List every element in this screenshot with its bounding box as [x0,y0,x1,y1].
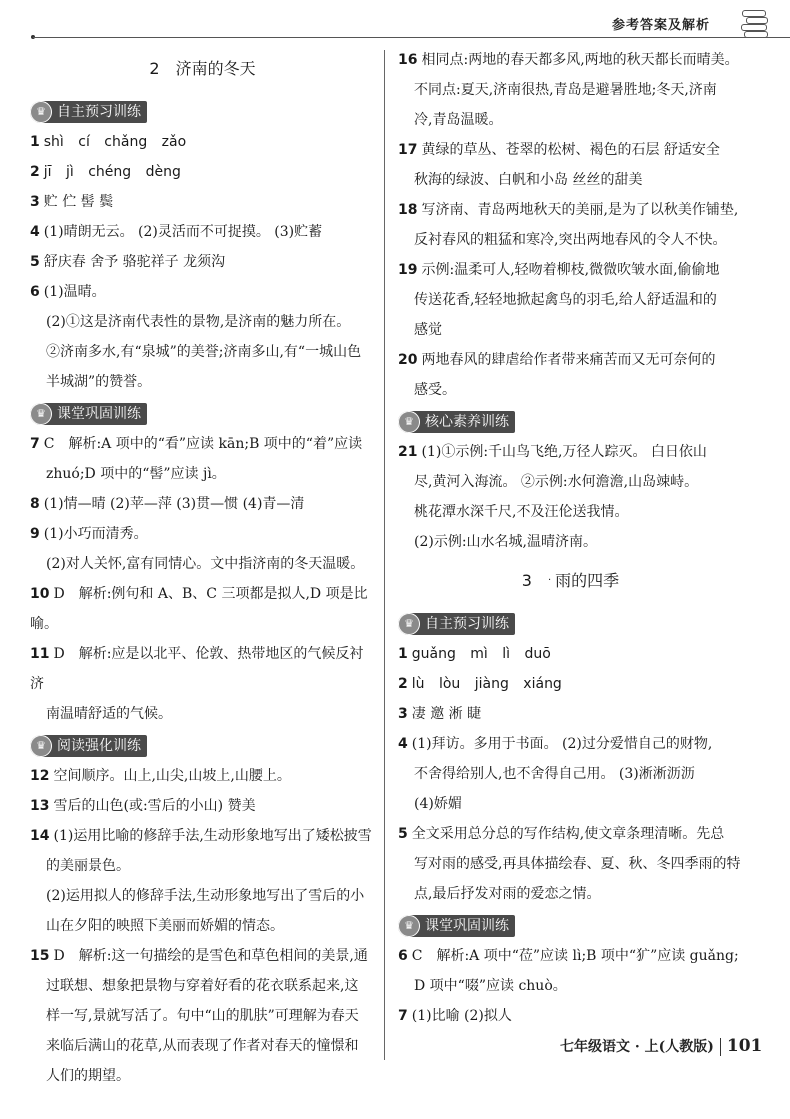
lesson-name: 雨的四季 [555,571,619,590]
left-column: 2济南的冬天♛自主预习训练1shì cí chǎng zǎo2jī jì ché… [30,45,375,1091]
question-number: 6 [30,284,40,300]
answer-text: ②济南多水,有“泉城”的美誉;济南多山,有“一城山色 [46,344,361,360]
answer-text: (1)温晴。 [44,284,106,300]
answer-choice: D [53,586,64,602]
answer-text: 人们的期望。 [46,1068,130,1084]
lesson-number: 3 [522,571,532,590]
answer-text: zhuó;D 项中的“髻”应读 jì。 [46,466,226,482]
answer-line: 12空间顺序。山上,山尖,山坡上,山腰上。 [30,761,375,791]
answer-text: D 项中“啜”应读 chuò。 [414,978,567,994]
answer-text: 写济南、青岛两地秋天的美丽,是为了以秋美作铺垫, [421,202,738,218]
answer-line: 8(1)情—晴 (2)苹—萍 (3)贯—惯 (4)青—清 [30,489,375,519]
crown-icon: ♛ [398,411,420,433]
books-stack-icon [740,8,772,38]
answer-text: 写对雨的感受,再具体描绘春、夏、秋、冬四季雨的特 [414,856,740,872]
answer-text: 的美丽景色。 [46,858,130,874]
answer-line: 5全文采用总分总的写作结构,使文章条理清晰。先总 [398,819,743,849]
answer-line: 7C解析:A 项中的“看”应读 kān;B 项中的“着”应读 [30,429,375,459]
answer-line: 9(1)小巧而清秀。 [30,519,375,549]
answer-text: (4)娇媚 [414,796,462,812]
answer-text: 解析:A 项中“莅”应读 lì;B 项中“犷”应读 guǎng; [436,948,738,964]
question-number: 5 [398,826,408,842]
question-number: 11 [30,646,49,662]
answer-text: 点,最后抒发对雨的爱恋之情。 [414,886,600,902]
section-badge-label: 核心素养训练 [425,411,509,433]
answer-line: 14(1)运用比喻的修辞手法,生动形象地写出了矮松披雪 [30,821,375,851]
answer-line: 6C解析:A 项中“莅”应读 lì;B 项中“犷”应读 guǎng; [398,941,743,971]
answer-line: 感觉 [398,315,743,345]
answer-text: 解析:应是以北平、伦敦、热带地区的气候反衬济 [30,646,363,692]
question-number: 12 [30,768,49,784]
answer-text: (2)①这是济南代表性的景物,是济南的魅力所在。 [46,314,350,330]
answer-choice: D [53,646,64,662]
answer-text: (1)情—晴 (2)苹—萍 (3)贯—惯 (4)青—清 [44,496,305,512]
answer-line: 6(1)温晴。 [30,277,375,307]
answer-line: 反衬春风的粗猛和寒冷,突出两地春风的令人不快。 [398,225,743,255]
answer-line: 5舒庆春 舍予 骆驼祥子 龙须沟 [30,247,375,277]
answer-line: zhuó;D 项中的“髻”应读 jì。 [30,459,375,489]
answer-line: 过联想、想象把景物与穿着好看的花衣联系起来,这 [30,971,375,1001]
question-number: 2 [398,676,408,692]
answer-line: 样一写,景就写活了。句中“山的肌肤”可理解为春天 [30,1001,375,1031]
answer-text: (1)拜访。多用于书面。 (2)过分爱惜自己的财物, [412,736,713,752]
question-number: 20 [398,352,417,368]
answer-line: 1shì cí chǎng zǎo [30,127,375,157]
answer-line: 半城湖”的赞誉。 [30,367,375,397]
crown-icon: ♛ [30,101,52,123]
answer-text: 雪后的山色(或:雪后的小山) 赞美 [53,798,255,814]
answer-text: shì cí chǎng zǎo [44,134,186,150]
section-badge: ♛自主预习训练 [30,101,147,123]
answer-line: 10D解析:例句和 A、B、C 三项都是拟人,D 项是比喻。 [30,579,375,639]
question-number: 19 [398,262,417,278]
answer-text: 不同点:夏天,济南很热,青岛是避暑胜地;冬天,济南 [414,82,717,98]
answer-line: 桃花潭水深千尺,不及汪伦送我情。 [398,497,743,527]
answer-line: 冷,青岛温暖。 [398,105,743,135]
answer-text: lù lòu jiàng xiáng [412,676,562,692]
answer-text: 南温晴舒适的气候。 [46,706,172,722]
answer-text: 秋海的绿波、白帆和小岛 丝丝的甜美 [414,172,642,188]
answer-line: 21(1)①示例:千山鸟飞绝,万径人踪灭。 白日依山 [398,437,743,467]
question-number: 3 [30,194,40,210]
lesson-title: 3·雨的四季 [398,567,743,595]
answer-line: 来临后满山的花草,从而表现了作者对春天的憧憬和 [30,1031,375,1061]
answer-text: guǎng mì lì duō [412,646,551,662]
answer-text: (1)①示例:千山鸟飞绝,万径人踪灭。 白日依山 [421,444,706,460]
question-number: 13 [30,798,49,814]
question-number: 17 [398,142,417,158]
answer-text: 感受。 [414,382,456,398]
column-divider [384,50,385,1060]
question-number: 21 [398,444,417,460]
answer-line: 感受。 [398,375,743,405]
answer-line: 20两地春风的肆虐给作者带来痛苦而又无可奈何的 [398,345,743,375]
answer-text: 冷,青岛温暖。 [414,112,502,128]
answer-line: 16相同点:两地的春天都多风,两地的秋天都长而晴美。 [398,45,743,75]
answer-text: 两地春风的肆虐给作者带来痛苦而又无可奈何的 [421,352,715,368]
question-number: 18 [398,202,417,218]
answer-line: 人们的期望。 [30,1061,375,1091]
crown-icon: ♛ [30,735,52,757]
section-badge-label: 自主预习训练 [425,613,509,635]
section-badge-label: 课堂巩固训练 [425,915,509,937]
lesson-number: 2 [149,59,159,78]
question-number: 2 [30,164,40,180]
section-header: ♛阅读强化训练 [30,729,375,761]
answer-text: (2)对人关怀,富有同情心。文中指济南的冬天温暖。 [46,556,364,572]
answer-text: 解析:这一句描绘的是雪色和草色相间的美景,通 [79,948,368,964]
answer-text: (1)晴朗无云。 (2)灵活而不可捉摸。 (3)贮蓄 [44,224,322,240]
answer-text: 示例:温柔可人,轻吻着柳枝,微微吹皱水面,偷偷地 [421,262,719,278]
answer-text: jī jì chéng dèng [44,164,181,180]
answer-text: 黄绿的草丛、苍翠的松树、褐色的石层 舒适安全 [421,142,719,158]
answer-text: 尽,黄河入海流。 ②示例:水何澹澹,山岛竦峙。 [414,474,698,490]
answer-line: 秋海的绿波、白帆和小岛 丝丝的甜美 [398,165,743,195]
section-badge: ♛课堂巩固训练 [30,403,147,425]
answer-line: 2lù lòu jiàng xiáng [398,669,743,699]
question-number: 8 [30,496,40,512]
answer-line: 1guǎng mì lì duō [398,639,743,669]
answer-text: 山在夕阳的映照下美丽而娇媚的情态。 [46,918,284,934]
answer-text: 全文采用总分总的写作结构,使文章条理清晰。先总 [412,826,724,842]
answer-text: 解析:A 项中的“看”应读 kān;B 项中的“着”应读 [68,436,362,452]
section-header: ♛课堂巩固训练 [30,397,375,429]
question-number: 7 [30,436,40,452]
answer-text: 贮 伫 髻 鬓 [44,194,113,210]
lesson-marker: · [548,575,551,586]
question-number: 4 [30,224,40,240]
question-number: 9 [30,526,40,542]
question-number: 5 [30,254,40,270]
answer-line: ②济南多水,有“泉城”的美誉;济南多山,有“一城山色 [30,337,375,367]
question-number: 6 [398,948,408,964]
answer-line: D 项中“啜”应读 chuò。 [398,971,743,1001]
answer-line: 18写济南、青岛两地秋天的美丽,是为了以秋美作铺垫, [398,195,743,225]
answer-line: 的美丽景色。 [30,851,375,881]
question-number: 14 [30,828,49,844]
answer-line: 19示例:温柔可人,轻吻着柳枝,微微吹皱水面,偷偷地 [398,255,743,285]
header-rule [33,37,790,38]
section-badge: ♛自主预习训练 [398,613,515,635]
section-badge-label: 课堂巩固训练 [57,403,141,425]
answer-choice: C [412,948,423,964]
answer-text: 感觉 [414,322,442,338]
footer-book-title: 七年级语文 · 上(人教版) [560,1039,714,1055]
question-number: 3 [398,706,408,722]
footer-separator [720,1038,721,1056]
answer-line: 17黄绿的草丛、苍翠的松树、褐色的石层 舒适安全 [398,135,743,165]
answer-line: 7(1)比喻 (2)拟人 [398,1001,743,1031]
page-number: 101 [727,1036,763,1056]
answer-line: 15D解析:这一句描绘的是雪色和草色相间的美景,通 [30,941,375,971]
answer-line: 山在夕阳的映照下美丽而娇媚的情态。 [30,911,375,941]
answer-line: 3贮 伫 髻 鬓 [30,187,375,217]
answer-line: (2)运用拟人的修辞手法,生动形象地写出了雪后的小 [30,881,375,911]
question-number: 1 [398,646,408,662]
answer-text: (2)示例:山水名城,温晴济南。 [414,534,597,550]
crown-icon: ♛ [30,403,52,425]
section-badge: ♛阅读强化训练 [30,735,147,757]
section-badge: ♛课堂巩固训练 [398,915,515,937]
question-number: 15 [30,948,49,964]
answer-line: 不舍得给别人,也不舍得自己用。 (3)淅淅沥沥 [398,759,743,789]
question-number: 10 [30,586,49,602]
section-badge-label: 自主预习训练 [57,101,141,123]
question-number: 4 [398,736,408,752]
answer-text: 不舍得给别人,也不舍得自己用。 (3)淅淅沥沥 [414,766,695,782]
answer-text: 舒庆春 舍予 骆驼祥子 龙须沟 [44,254,225,270]
answer-line: 点,最后抒发对雨的爱恋之情。 [398,879,743,909]
lesson-name: 济南的冬天 [176,59,256,78]
answer-choice: C [44,436,55,452]
answer-text: 半城湖”的赞誉。 [46,374,151,390]
answer-line: 2jī jì chéng dèng [30,157,375,187]
answer-line: 传送花香,轻轻地掀起禽鸟的羽毛,给人舒适温和的 [398,285,743,315]
answer-line: 4(1)拜访。多用于书面。 (2)过分爱惜自己的财物, [398,729,743,759]
answer-text: (1)小巧而清秀。 [44,526,148,542]
answer-text: (2)运用拟人的修辞手法,生动形象地写出了雪后的小 [46,888,364,904]
answer-line: 11D解析:应是以北平、伦敦、热带地区的气候反衬济 [30,639,375,699]
right-column: 16相同点:两地的春天都多风,两地的秋天都长而晴美。不同点:夏天,济南很热,青岛… [398,45,743,1031]
answer-line: (2)示例:山水名城,温晴济南。 [398,527,743,557]
answer-line: (2)①这是济南代表性的景物,是济南的魅力所在。 [30,307,375,337]
crown-icon: ♛ [398,613,420,635]
section-badge: ♛核心素养训练 [398,411,515,433]
answer-text: 传送花香,轻轻地掀起禽鸟的羽毛,给人舒适温和的 [414,292,717,308]
answer-text: 样一写,景就写活了。句中“山的肌肤”可理解为春天 [46,1008,359,1024]
answer-text: 来临后满山的花草,从而表现了作者对春天的憧憬和 [46,1038,358,1054]
section-badge-label: 阅读强化训练 [57,735,141,757]
question-number: 16 [398,52,417,68]
answer-text: 桃花潭水深千尺,不及汪伦送我情。 [414,504,628,520]
lesson-title: 2济南的冬天 [30,55,375,83]
answer-text: (1)运用比喻的修辞手法,生动形象地写出了矮松披雪 [53,828,371,844]
answer-line: 南温晴舒适的气候。 [30,699,375,729]
answer-text: 空间顺序。山上,山尖,山坡上,山腰上。 [53,768,290,784]
answer-line: 尽,黄河入海流。 ②示例:水何澹澹,山岛竦峙。 [398,467,743,497]
section-header: ♛自主预习训练 [30,95,375,127]
answer-text: 反衬春风的粗猛和寒冷,突出两地春风的令人不快。 [414,232,726,248]
crown-icon: ♛ [398,915,420,937]
answer-line: 4(1)晴朗无云。 (2)灵活而不可捉摸。 (3)贮蓄 [30,217,375,247]
section-header: ♛自主预习训练 [398,607,743,639]
answer-choice: D [53,948,64,964]
answer-line: 13雪后的山色(或:雪后的小山) 赞美 [30,791,375,821]
question-number: 7 [398,1008,408,1024]
answer-line: (2)对人关怀,富有同情心。文中指济南的冬天温暖。 [30,549,375,579]
answer-text: 凄 邀 淅 睫 [412,706,481,722]
section-header: ♛核心素养训练 [398,405,743,437]
footer: 七年级语文 · 上(人教版)101 [560,1036,762,1056]
answer-line: (4)娇媚 [398,789,743,819]
question-number: 1 [30,134,40,150]
answer-line: 不同点:夏天,济南很热,青岛是避暑胜地;冬天,济南 [398,75,743,105]
answer-line: 写对雨的感受,再具体描绘春、夏、秋、冬四季雨的特 [398,849,743,879]
header-title: 参考答案及解析 [612,14,710,33]
section-header: ♛课堂巩固训练 [398,909,743,941]
answer-text: (1)比喻 (2)拟人 [412,1008,512,1024]
answer-text: 相同点:两地的春天都多风,两地的秋天都长而晴美。 [421,52,738,68]
answer-text: 解析:例句和 A、B、C 三项都是拟人,D 项是比喻。 [30,586,368,632]
answer-line: 3凄 邀 淅 睫 [398,699,743,729]
answer-text: 过联想、想象把景物与穿着好看的花衣联系起来,这 [46,978,358,994]
